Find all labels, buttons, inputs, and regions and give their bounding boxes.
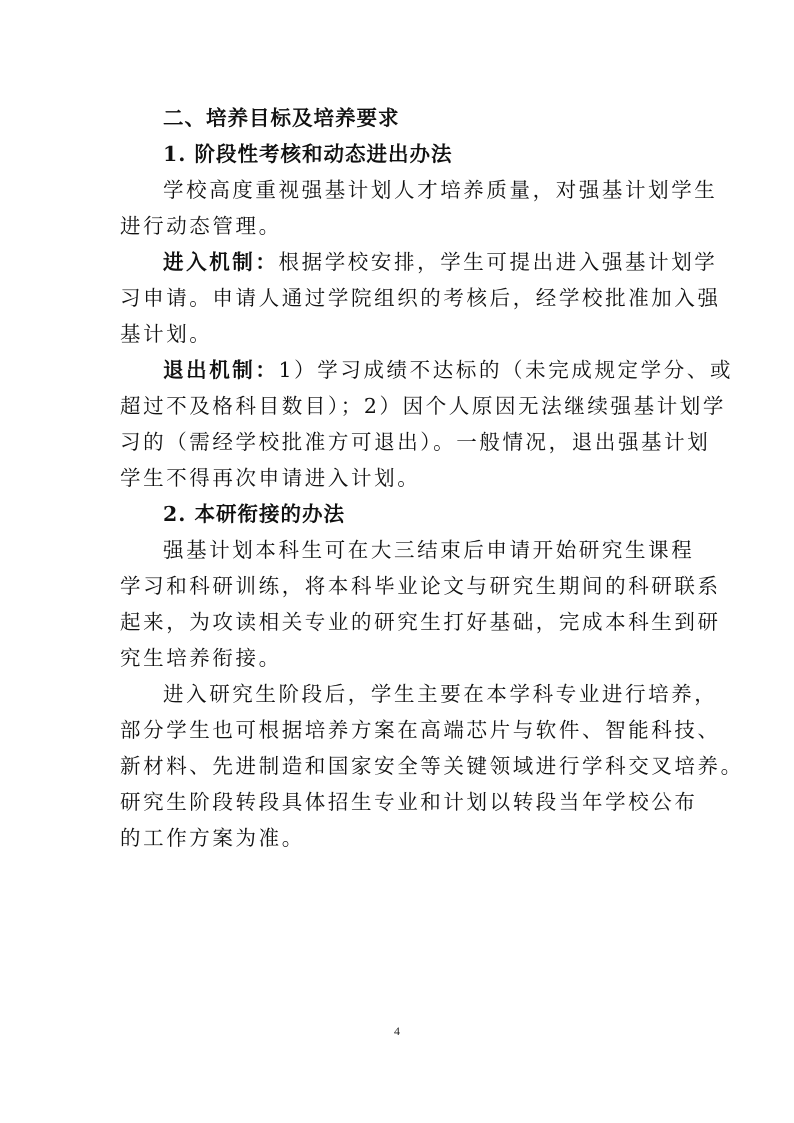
paragraph-text: 1）学习成绩不达标的（未完成规定学分、或 xyxy=(279,358,734,382)
paragraph-line: 超过不及格科目数目）；2）因个人原因无法继续强基计划学 xyxy=(120,388,676,424)
paragraph-line: 起来，为攻读相关专业的研究生打好基础，完成本科生到研 xyxy=(120,604,676,640)
paragraph-line: 部分学生也可根据培养方案在高端芯片与软件、智能科技、 xyxy=(120,712,676,748)
section-heading: 二、培养目标及培养要求 xyxy=(120,100,676,136)
exit-mechanism-label: 退出机制： xyxy=(163,358,279,382)
subsection-heading-2: 2. 本研衔接的办法 xyxy=(120,496,676,532)
paragraph-exit-mechanism: 退出机制：1）学习成绩不达标的（未完成规定学分、或 超过不及格科目数目）；2）因… xyxy=(120,352,676,496)
entry-mechanism-label: 进入机制： xyxy=(163,250,279,274)
paragraph-line: 学校高度重视强基计划人才培养质量，对强基计划学生 xyxy=(120,172,676,208)
paragraph-line: 习申请。申请人通过学院组织的考核后，经学校批准加入强 xyxy=(120,280,676,316)
paragraph-line: 新材料、先进制造和国家安全等关键领域进行学科交叉培养。 xyxy=(120,748,676,784)
paragraph-line: 退出机制：1）学习成绩不达标的（未完成规定学分、或 xyxy=(120,352,676,388)
paragraph-line: 进入研究生阶段后，学生主要在本学科专业进行培养， xyxy=(120,676,676,712)
paragraph-line: 进行动态管理。 xyxy=(120,208,676,244)
paragraph-line: 究生培养衔接。 xyxy=(120,640,676,676)
paragraph-text: 根据学校安排，学生可提出进入强基计划学 xyxy=(279,250,718,274)
paragraph-line: 进入机制：根据学校安排，学生可提出进入强基计划学 xyxy=(120,244,676,280)
paragraph-graduate-stage: 进入研究生阶段后，学生主要在本学科专业进行培养， 部分学生也可根据培养方案在高端… xyxy=(120,676,676,856)
document-page: 二、培养目标及培养要求 1. 阶段性考核和动态进出办法 学校高度重视强基计划人才… xyxy=(120,100,676,856)
paragraph-undergrad-grad-link: 强基计划本科生可在大三结束后申请开始研究生课程 学习和科研训练，将本科毕业论文与… xyxy=(120,532,676,676)
paragraph-quality-management: 学校高度重视强基计划人才培养质量，对强基计划学生 进行动态管理。 xyxy=(120,172,676,244)
page-number: 4 xyxy=(0,1024,794,1039)
paragraph-line: 强基计划本科生可在大三结束后申请开始研究生课程 xyxy=(120,532,676,568)
paragraph-line: 学生不得再次申请进入计划。 xyxy=(120,460,676,496)
paragraph-line: 习的（需经学校批准方可退出）。一般情况，退出强基计划 xyxy=(120,424,676,460)
subsection-heading-1: 1. 阶段性考核和动态进出办法 xyxy=(120,136,676,172)
paragraph-line: 基计划。 xyxy=(120,316,676,352)
paragraph-line: 学习和科研训练，将本科毕业论文与研究生期间的科研联系 xyxy=(120,568,676,604)
paragraph-line: 研究生阶段转段具体招生专业和计划以转段当年学校公布 xyxy=(120,784,676,820)
paragraph-entry-mechanism: 进入机制：根据学校安排，学生可提出进入强基计划学 习申请。申请人通过学院组织的考… xyxy=(120,244,676,352)
paragraph-line: 的工作方案为准。 xyxy=(120,820,676,856)
